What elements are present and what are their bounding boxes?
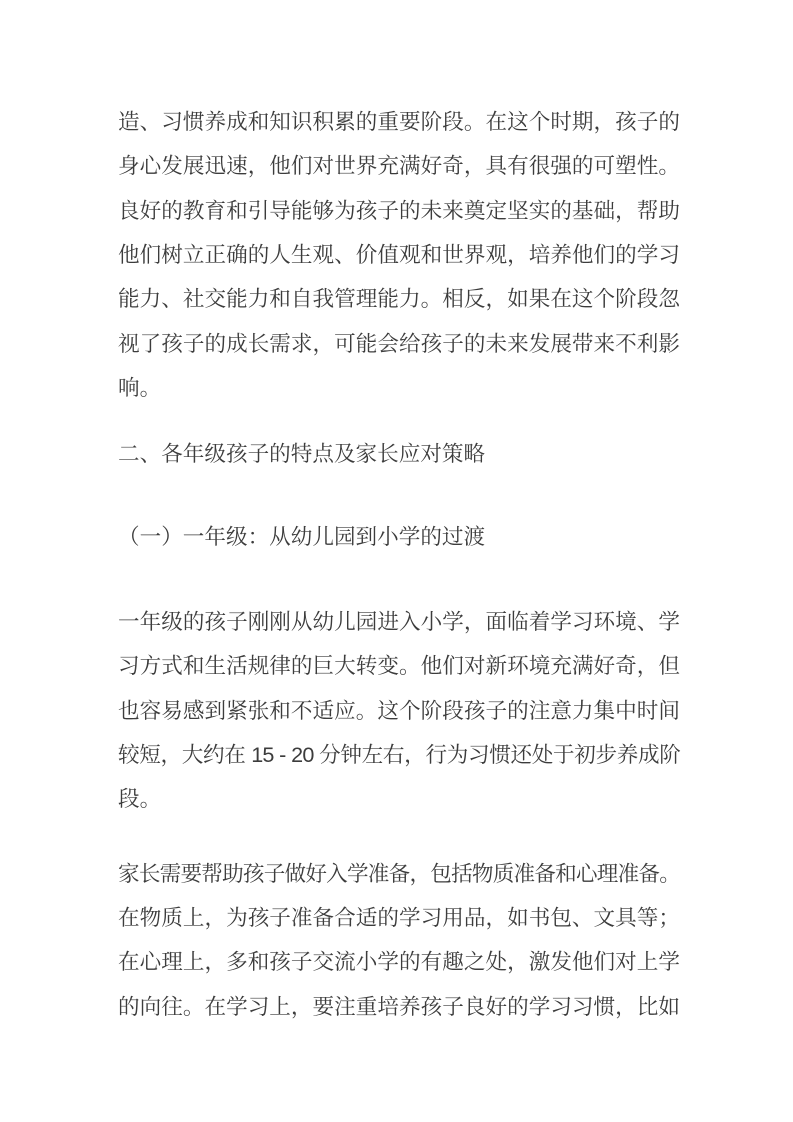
text-line: 他们树立正确的人生观、价值观和世界观，培养他们的学习: [118, 233, 680, 277]
text-line: 良好的教育和引导能够为孩子的未来奠定坚实的基础，帮助: [118, 189, 680, 233]
text-line: 响。: [118, 366, 680, 410]
text-line: 段。: [118, 777, 680, 821]
text-line: 习方式和生活规律的巨大转变。他们对新环境充满好奇，但: [118, 644, 680, 688]
text-line: 也容易感到紧张和不适应。这个阶段孩子的注意力集中时间: [118, 689, 680, 733]
text-line: 身心发展迅速，他们对世界充满好奇，具有很强的可塑性。: [118, 144, 680, 188]
text-line: 家长需要帮助孩子做好入学准备，包括物质准备和心理准备。: [118, 852, 680, 896]
subsection-heading: （一）一年级：从幼儿园到小学的过渡: [118, 515, 680, 559]
section-heading: 二、各年级孩子的特点及家长应对策略: [118, 432, 680, 476]
text-line: 的向往。在学习上，要注重培养孩子良好的学习习惯，比如: [118, 985, 680, 1029]
text-line: 一年级的孩子刚刚从幼儿园进入小学，面临着学习环境、学: [118, 600, 680, 644]
paragraph: 造、习惯养成和知识积累的重要阶段。在这个时期，孩子的 身心发展迅速，他们对世界充…: [118, 100, 680, 410]
text-line: 在心理上，多和孩子交流小学的有趣之处，激发他们对上学: [118, 940, 680, 984]
paragraph: 一年级的孩子刚刚从幼儿园进入小学，面临着学习环境、学 习方式和生活规律的巨大转变…: [118, 600, 680, 822]
text-line: 造、习惯养成和知识积累的重要阶段。在这个时期，孩子的: [118, 100, 680, 144]
document-body: 造、习惯养成和知识积累的重要阶段。在这个时期，孩子的 身心发展迅速，他们对世界充…: [118, 0, 680, 1029]
document-page: 造、习惯养成和知识积累的重要阶段。在这个时期，孩子的 身心发展迅速，他们对世界充…: [0, 0, 793, 1122]
text-line: 视了孩子的成长需求，可能会给孩子的未来发展带来不利影: [118, 322, 680, 366]
text-line: 较短，大约在 15 - 20 分钟左右，行为习惯还处于初步养成阶: [118, 733, 680, 777]
paragraph: 家长需要帮助孩子做好入学准备，包括物质准备和心理准备。 在物质上，为孩子准备合适…: [118, 852, 680, 1029]
text-line: 在物质上，为孩子准备合适的学习用品，如书包、文具等；: [118, 896, 680, 940]
text-line: 能力、社交能力和自我管理能力。相反，如果在这个阶段忽: [118, 277, 680, 321]
